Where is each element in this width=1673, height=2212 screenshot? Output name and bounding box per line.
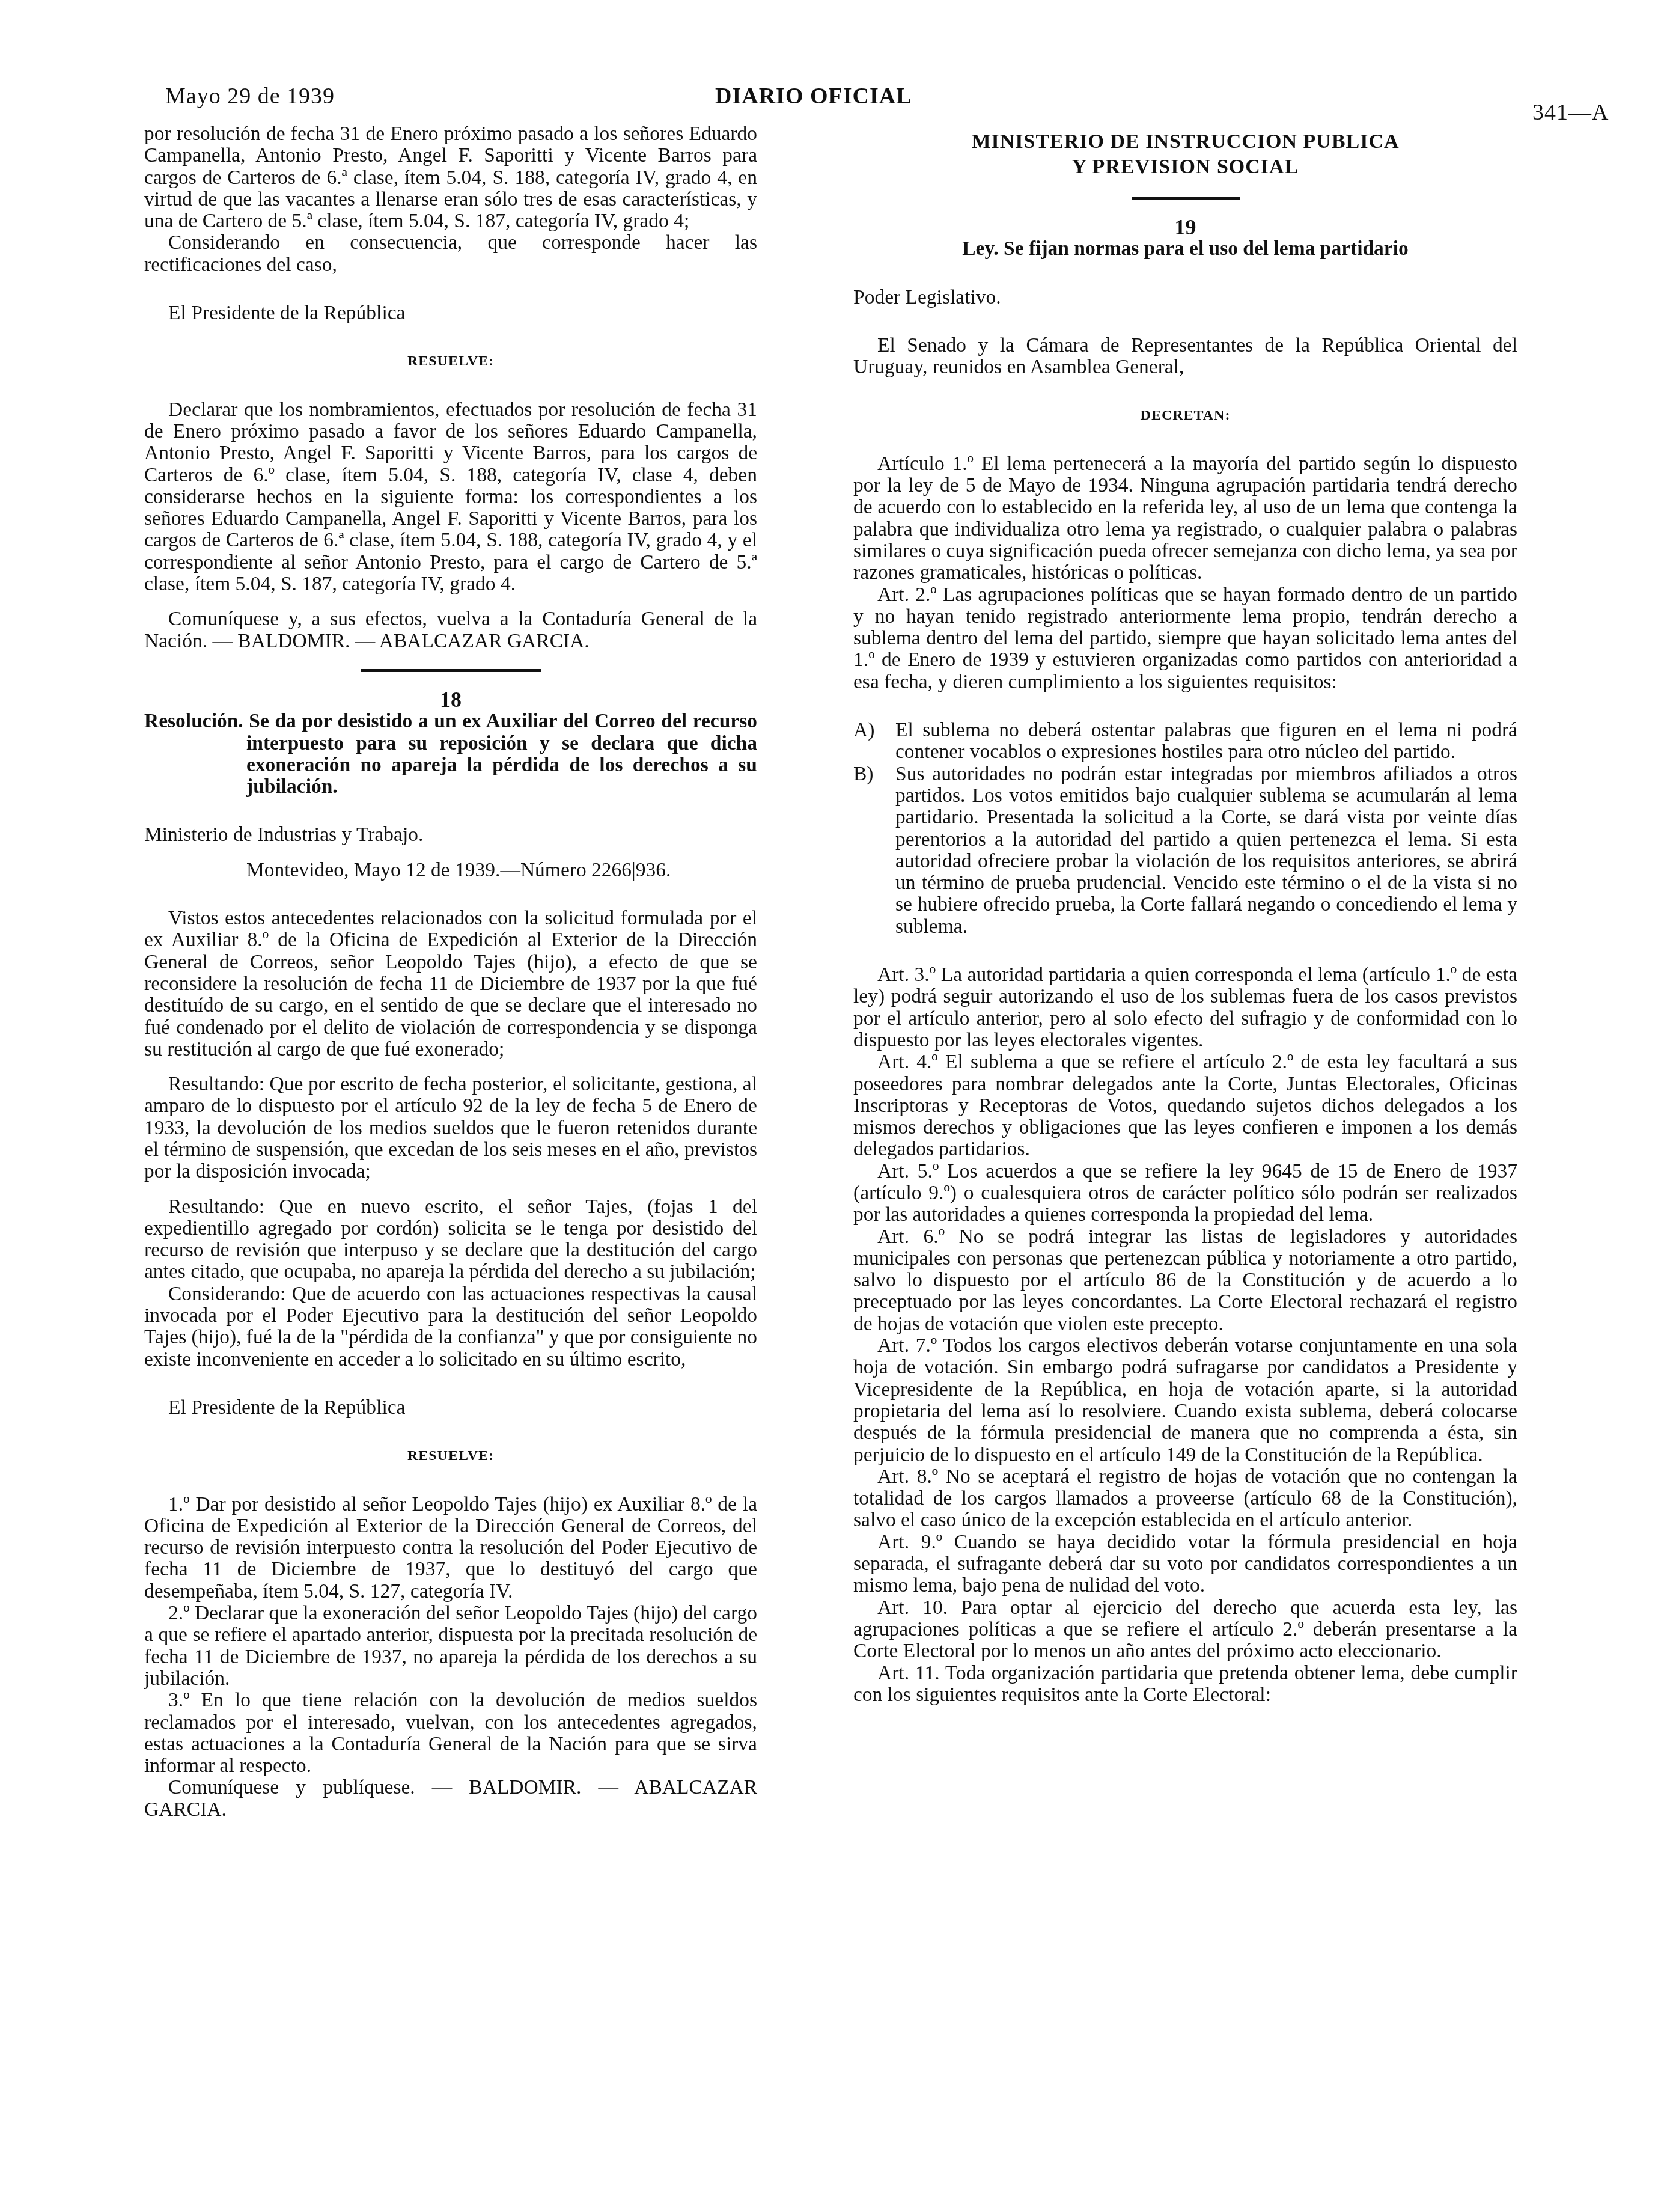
article-1: Artículo 1.º El lema pertenecerá a la ma… [853, 453, 1517, 584]
article-9: Art. 9.º Cuando se haya decidido votar l… [853, 1532, 1517, 1597]
article-8: Art. 8.º No se aceptará el registro de h… [853, 1466, 1517, 1532]
body-paragraph: Considerando: Que de acuerdo con las act… [144, 1283, 757, 1370]
body-paragraph: Resultando: Que en nuevo escrito, el señ… [144, 1196, 757, 1283]
resolution-item: 2.º Declarar que la exoneración del seño… [144, 1602, 757, 1690]
section-summary: Ley. Se fijan normas para el uso del lem… [853, 238, 1517, 260]
section-summary: Resolución. Se da por desistido a un ex … [144, 710, 757, 798]
continuation-paragraph: Considerando en consecuencia, que corres… [144, 232, 757, 276]
article-4: Art. 4.º El sublema a que se refiere el … [853, 1051, 1517, 1160]
body-paragraph: Resultando: Que por escrito de fecha pos… [144, 1074, 757, 1182]
section-number: 19 [853, 216, 1517, 238]
header-date: Mayo 29 de 1939 [165, 83, 335, 109]
article-5: Art. 5.º Los acuerdos a que se refiere l… [853, 1161, 1517, 1226]
closing-signature: Comuníquese y publíquese. — BALDOMIR. — … [144, 1777, 757, 1821]
header-title: DIARIO OFICIAL [715, 83, 912, 109]
preamble-paragraph: El Senado y la Cámara de Representantes … [853, 335, 1517, 379]
ministry-heading-line1: MINISTERIO DE INSTRUCCION PUBLICA [853, 129, 1517, 154]
article-7: Art. 7.º Todos los cargos electivos debe… [853, 1335, 1517, 1466]
dateline: Montevideo, Mayo 12 de 1939.—Número 2266… [144, 860, 757, 881]
requirement-label: A) [853, 720, 895, 763]
header-page-number: 341—A [1532, 99, 1609, 126]
section-divider [1132, 197, 1240, 200]
resuelve-heading: RESUELVE: [144, 350, 757, 372]
article-6: Art. 6.º No se podrá integrar las listas… [853, 1226, 1517, 1335]
left-column: por resolución de fecha 31 de Enero próx… [144, 123, 757, 1821]
requirement-b: B) Sus autoridades no podrán estar integ… [853, 763, 1517, 938]
continuation-paragraph: por resolución de fecha 31 de Enero próx… [144, 123, 757, 232]
resuelve-heading: RESUELVE: [144, 1445, 757, 1467]
resolution-paragraph: Declarar que los nombramientos, efectuad… [144, 399, 757, 596]
requirement-text: Sus autoridades no podrán estar integrad… [895, 763, 1517, 938]
resolution-item: 3.º En lo que tiene relación con la devo… [144, 1690, 757, 1777]
section-divider [361, 669, 541, 672]
decretan-heading: DECRETAN: [853, 405, 1517, 426]
body-paragraph: Vistos estos antecedentes relacionados c… [144, 908, 757, 1060]
article-10: Art. 10. Para optar al ejercicio del der… [853, 1597, 1517, 1663]
article-2: Art. 2.º Las agrupaciones políticas que … [853, 584, 1517, 693]
ministry-name: Ministerio de Industrias y Trabajo. [144, 824, 757, 846]
ministry-heading-line2: Y PREVISION SOCIAL [853, 154, 1517, 180]
closing-signature: Comuníquese y, a sus efectos, vuelva a l… [144, 608, 757, 652]
newspaper-page: Mayo 29 de 1939 DIARIO OFICIAL 341—A por… [0, 0, 1673, 2212]
article-3: Art. 3.º La autoridad partidaria a quien… [853, 964, 1517, 1051]
requirement-a: A) El sublema no deberá ostentar palabra… [853, 720, 1517, 763]
right-column: MINISTERIO DE INSTRUCCION PUBLICA Y PREV… [853, 129, 1517, 1706]
president-line: El Presidente de la República [144, 1397, 757, 1419]
resolution-item: 1.º Dar por desistido al señor Leopoldo … [144, 1494, 757, 1602]
president-line: El Presidente de la República [144, 302, 757, 324]
article-11: Art. 11. Toda organización partidaria qu… [853, 1663, 1517, 1706]
section-number: 18 [144, 689, 757, 710]
issuer-line: Poder Legislativo. [853, 287, 1517, 308]
requirement-label: B) [853, 763, 895, 938]
requirement-text: El sublema no deberá ostentar palabras q… [895, 720, 1517, 763]
